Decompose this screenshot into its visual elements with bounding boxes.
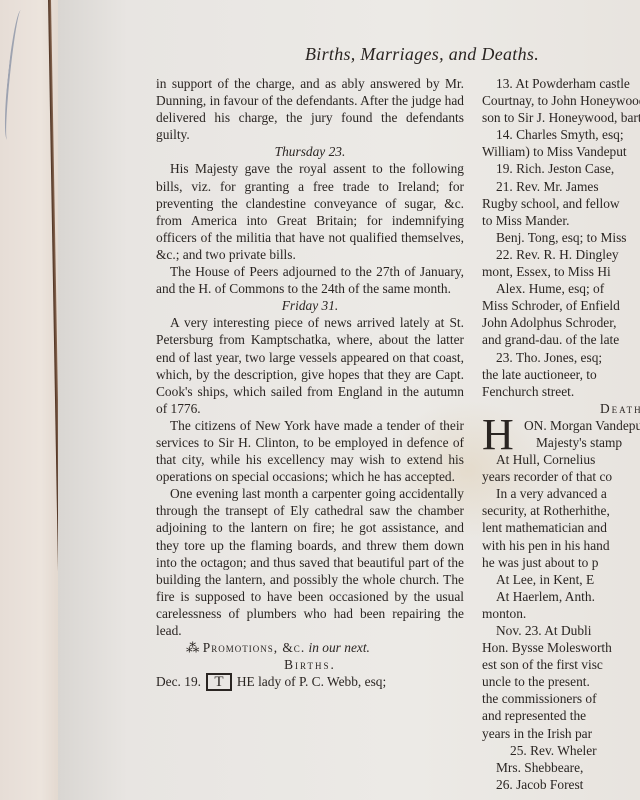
list-line: with his pen in his hand	[482, 537, 640, 554]
list-line: Fenchurch street.	[482, 383, 640, 400]
list-line: Nov. 23. At Dubli	[482, 622, 640, 639]
promotions-note: ⁂ Promotions, &c. in our next.	[156, 639, 464, 656]
paragraph: One evening last month a carpenter going…	[156, 485, 464, 639]
list-line: monton.	[482, 605, 640, 622]
deaths-line-2: Majesty's stamp	[524, 434, 640, 451]
births-date: Dec. 19.	[156, 674, 201, 689]
list-line: uncle to the present.	[482, 673, 640, 690]
list-line: Alex. Hume, esq; of	[482, 280, 640, 297]
list-line: 25. Rev. Wheler	[482, 742, 640, 759]
list-line: 14. Charles Smyth, esq;	[482, 126, 640, 143]
list-line: 26. Jacob Forest	[482, 776, 640, 793]
list-line: est son of the first visc	[482, 656, 640, 673]
births-dropcap: T	[206, 673, 231, 691]
left-column: in support of the charge, and as ably an…	[156, 75, 464, 691]
asterism-icon: ⁂	[186, 640, 199, 655]
list-line: to Miss Mander.	[482, 212, 640, 229]
promotions-caps: Promotions, &c.	[203, 640, 305, 655]
list-line: Miss Schroder, of Enfield	[482, 297, 640, 314]
list-line: mont, Essex, to Miss Hi	[482, 263, 640, 280]
list-line: At Lee, in Kent, E	[482, 571, 640, 588]
list-line: Hon. Bysse Molesworth	[482, 639, 640, 656]
paragraph: His Majesty gave the royal assent to the…	[156, 160, 464, 263]
list-line: 19. Rich. Jeston Case,	[482, 160, 640, 177]
paragraph: The citizens of New York have made a ten…	[156, 417, 464, 485]
list-line: years recorder of that co	[482, 468, 640, 485]
list-line: Mrs. Shebbeare,	[482, 759, 640, 776]
list-line: In a very advanced a	[482, 485, 640, 502]
list-line: 21. Rev. Mr. James	[482, 178, 640, 195]
list-line: lent mathematician and	[482, 519, 640, 536]
births-text: HE lady of P. C. Webb, esq;	[237, 674, 386, 689]
list-line: 22. Rev. R. H. Dingley	[482, 246, 640, 263]
ink-mark	[1, 10, 27, 141]
list-line: and grand-dau. of the late	[482, 331, 640, 348]
list-line: years in the Irish par	[482, 725, 640, 742]
running-head: Births, Marriages, and Deaths.	[305, 44, 539, 65]
births-first-entry: Dec. 19. T HE lady of P. C. Webb, esq;	[156, 673, 464, 691]
list-line: son to Sir J. Honeywood, bart.	[482, 109, 640, 126]
list-line: 23. Tho. Jones, esq;	[482, 349, 640, 366]
marriages-list: 13. At Powderham castleCourtnay, to John…	[482, 75, 640, 400]
deaths-line-1: ON. Morgan Vandeput	[524, 417, 640, 434]
deaths-first-entry: H ON. Morgan Vandeput Majesty's stamp	[482, 417, 640, 451]
list-line: the late auctioneer, to	[482, 366, 640, 383]
dateline: Thursday 23.	[156, 143, 464, 160]
list-line: the commissioners of	[482, 690, 640, 707]
paragraph: A very interesting piece of news arrived…	[156, 314, 464, 417]
right-column: 13. At Powderham castleCourtnay, to John…	[482, 75, 640, 793]
list-line: At Haerlem, Anth.	[482, 588, 640, 605]
list-line: Benj. Tong, esq; to Miss	[482, 229, 640, 246]
paragraph: The House of Peers adjourned to the 27th…	[156, 263, 464, 297]
deaths-list: At Hull, Corneliusyears recorder of that…	[482, 451, 640, 793]
list-line: security, at Rotherhithe,	[482, 502, 640, 519]
list-line: 13. At Powderham castle	[482, 75, 640, 92]
births-heading: Births.	[156, 656, 464, 673]
paragraph: in support of the charge, and as ably an…	[156, 75, 464, 143]
dateline: Friday 31.	[156, 297, 464, 314]
list-line: Courtnay, to John Honeywood	[482, 92, 640, 109]
list-line: William) to Miss Vandeput	[482, 143, 640, 160]
promotions-italic: in our next.	[309, 640, 370, 655]
list-line: and represented the	[482, 707, 640, 724]
deaths-dropcap: H	[482, 415, 514, 455]
left-column-paragraphs: in support of the charge, and as ably an…	[156, 75, 464, 639]
list-line: Rugby school, and fellow	[482, 195, 640, 212]
list-line: he was just about to p	[482, 554, 640, 571]
list-line: John Adolphus Schroder,	[482, 314, 640, 331]
